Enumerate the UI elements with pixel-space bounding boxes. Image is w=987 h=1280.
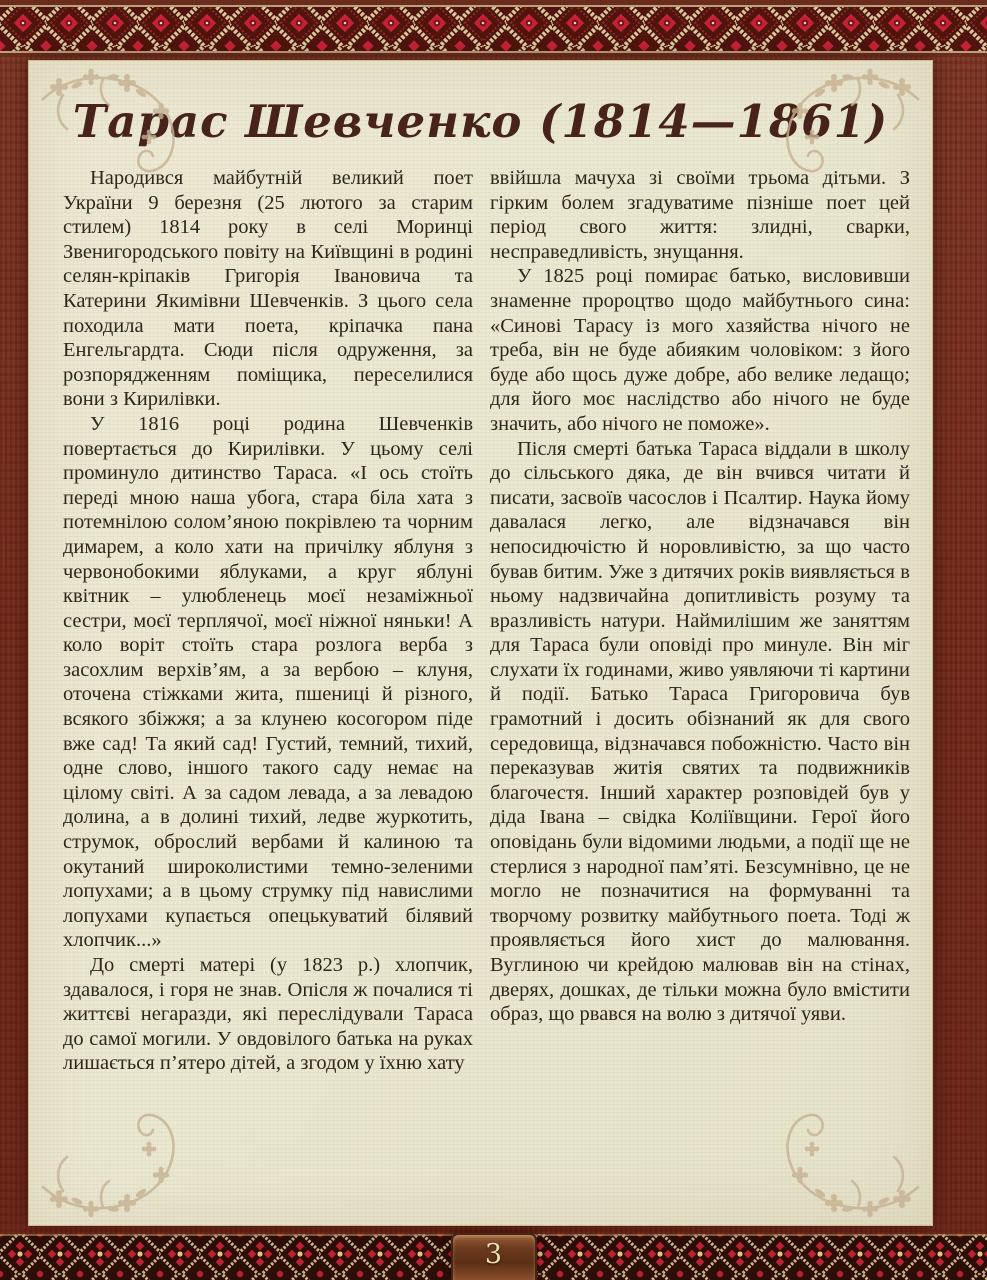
- paragraph: Народився майбутній великий поет України…: [63, 166, 473, 412]
- text-column-left: Народився майбутній великий поет України…: [63, 166, 473, 1076]
- text-columns: Народився майбутній великий поет України…: [29, 166, 932, 1076]
- book-page: Тарас Шевченко (1814—1861) Народився май…: [28, 60, 933, 1226]
- text-column-right: ввійшла мачуха зі своїми трьома дітьми. …: [490, 166, 910, 1076]
- corner-flourish-icon: [749, 1086, 924, 1221]
- paragraph: У 1816 році родина Шевченків повертаєтьс…: [63, 412, 473, 953]
- paragraph: ввійшла мачуха зі своїми трьома дітьми. …: [490, 166, 910, 264]
- corner-flourish-icon: [37, 1086, 212, 1221]
- page-number: 3: [485, 1239, 502, 1270]
- paragraph: Після смерті батька Тараса віддали в шко…: [490, 437, 910, 1027]
- embroidery-border-top-icon: [0, 0, 987, 57]
- page-title: Тарас Шевченко (1814—1861): [49, 95, 912, 148]
- page-number-tab: 3: [451, 1233, 537, 1280]
- paragraph: До смерті матері (у 1823 р.) хлопчик, зд…: [63, 953, 473, 1076]
- paragraph: У 1825 році помирає батько, висловивши з…: [490, 264, 910, 436]
